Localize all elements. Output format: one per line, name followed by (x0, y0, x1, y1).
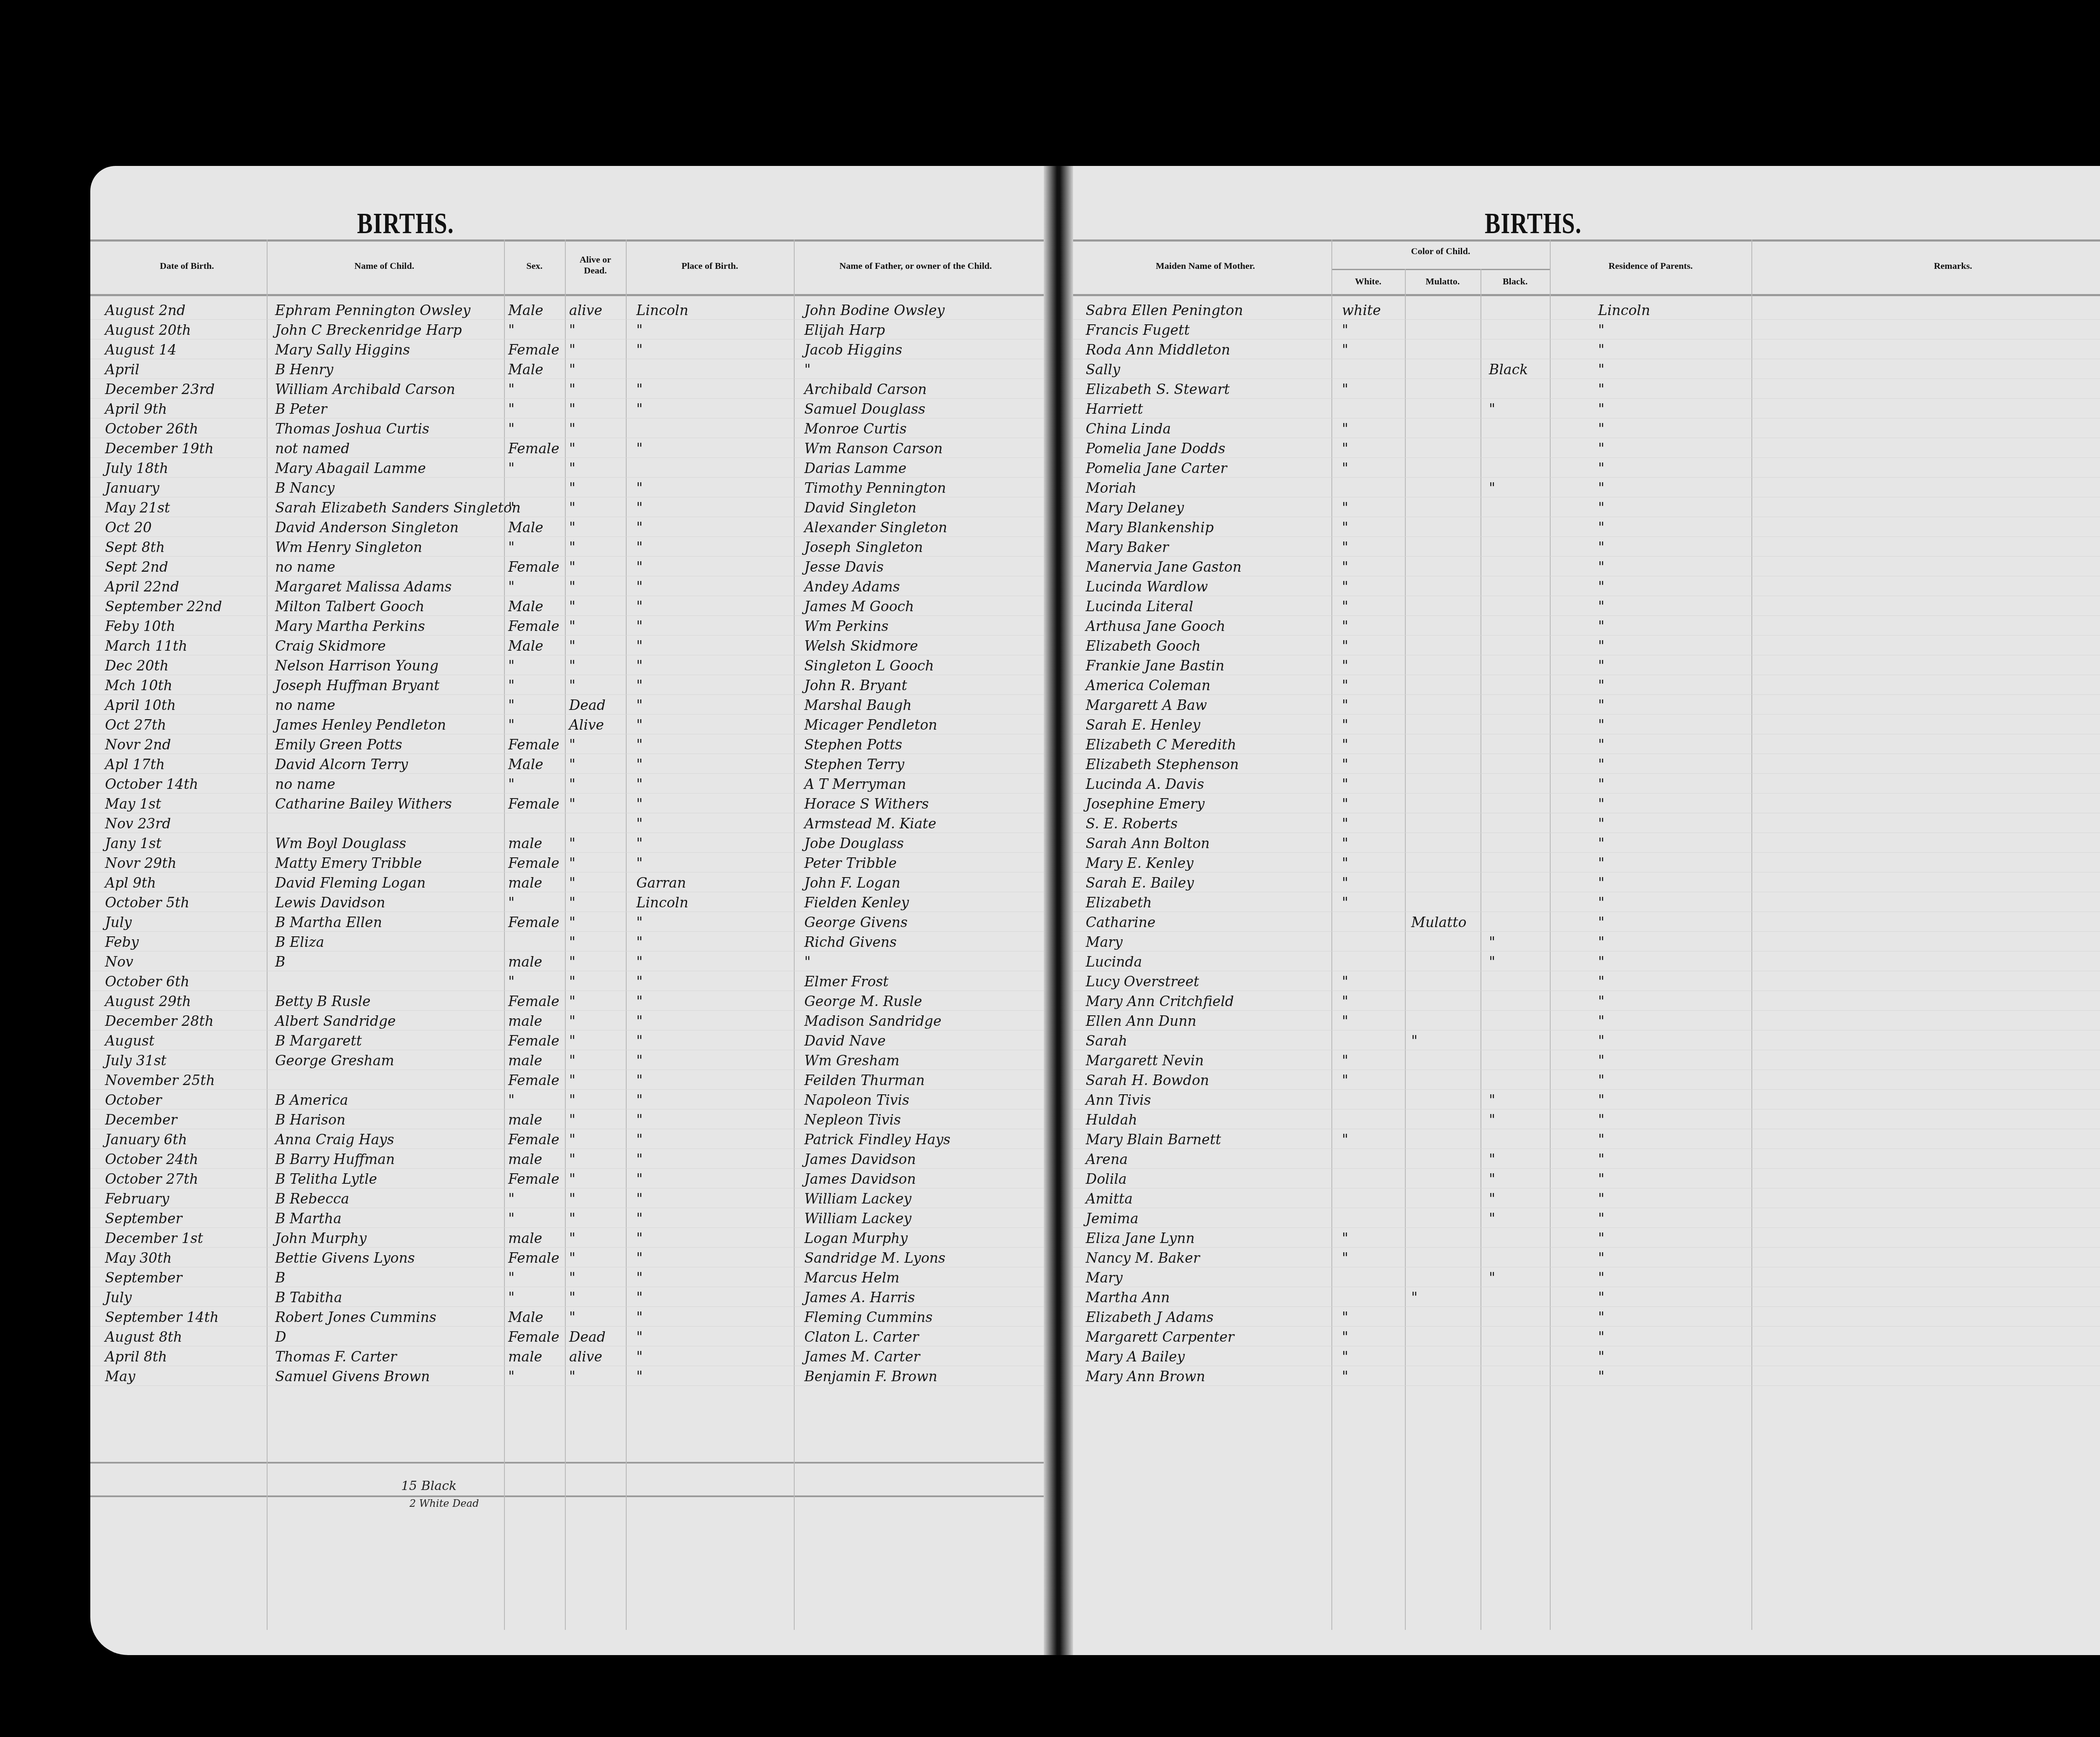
date-cell: Feby 10th (105, 616, 175, 636)
table-row: October 26thThomas Joshua Curtis""Monroe… (90, 419, 1044, 439)
place-of-birth-cell: " (636, 518, 643, 537)
child-name-cell: William Archibald Carson (275, 379, 455, 399)
child-name-cell: Margaret Malissa Adams (275, 577, 452, 597)
black-cell: " (1489, 1169, 1495, 1189)
father-name-cell: Andey Adams (804, 577, 900, 597)
residence-cell: " (1598, 537, 1604, 557)
date-cell: December 1st (105, 1228, 203, 1248)
residence-cell: " (1598, 774, 1604, 794)
sex-cell: " (508, 419, 514, 439)
mother-name-cell: Harriett (1086, 399, 1143, 419)
date-cell: July 31st (105, 1051, 166, 1070)
table-row: Elizabeth Gooch"" (1073, 636, 2100, 656)
table-row: FebruaryB Rebecca"""William Lackey (90, 1189, 1044, 1209)
place-of-birth-cell: " (636, 616, 643, 636)
child-name-cell: B (275, 952, 285, 972)
child-name-cell: no name (275, 557, 335, 577)
child-name-cell: Lewis Davidson (275, 893, 385, 912)
child-name-cell: Mary Martha Perkins (275, 616, 425, 636)
table-row: Jany 1stWm Boyl Douglassmale""Jobe Dougl… (90, 833, 1044, 853)
child-name-cell: Samuel Givens Brown (275, 1366, 430, 1386)
alive-dead-cell: " (569, 675, 575, 695)
sex-cell: " (508, 972, 514, 991)
child-name-cell: no name (275, 774, 335, 794)
place-of-birth-cell: " (636, 715, 643, 735)
table-row: OctoberB America"""Napoleon Tivis (90, 1090, 1044, 1110)
father-name-cell: Samuel Douglass (804, 399, 925, 419)
table-row: August 29thBetty B RusleFemale""George M… (90, 991, 1044, 1011)
place-of-birth-cell: " (636, 340, 643, 360)
white-cell: " (1342, 597, 1348, 616)
white-cell: " (1342, 1307, 1348, 1327)
father-name-cell: Jobe Douglass (804, 833, 904, 853)
date-cell: October 6th (105, 972, 189, 991)
date-cell: January 6th (105, 1130, 187, 1149)
father-name-cell: Horace S Withers (804, 794, 929, 814)
white-cell: " (1342, 754, 1348, 774)
white-cell: " (1342, 636, 1348, 656)
residence-cell: " (1598, 557, 1604, 577)
table-row: Pomelia Jane Carter"" (1073, 458, 2100, 478)
table-row: Elizabeth J Adams"" (1073, 1307, 2100, 1327)
white-cell: " (1342, 991, 1348, 1011)
sex-cell: " (508, 675, 514, 695)
sex-cell: " (508, 577, 514, 597)
father-name-cell: Stephen Terry (804, 754, 904, 774)
father-name-cell: Singleton L Gooch (804, 656, 934, 675)
father-name-cell: Joseph Singleton (804, 537, 923, 557)
place-of-birth-cell: " (636, 972, 643, 991)
father-name-cell: James Davidson (804, 1169, 916, 1189)
sex-cell: " (508, 1090, 514, 1110)
residence-cell: " (1598, 478, 1604, 498)
place-of-birth-cell: " (636, 1327, 643, 1347)
row-rule (1073, 1267, 2100, 1267)
row-rule (1073, 457, 2100, 458)
mother-name-cell: Mary Delaney (1086, 498, 1184, 518)
white-cell: white (1342, 300, 1381, 320)
white-cell: " (1342, 814, 1348, 833)
table-row: Elizabeth C Meredith"" (1073, 735, 2100, 754)
sex-cell: Female (508, 794, 559, 814)
date-cell: February (105, 1189, 169, 1209)
table-row: December 23rdWilliam Archibald Carson"""… (90, 379, 1044, 399)
white-cell: " (1342, 1130, 1348, 1149)
sex-cell: Female (508, 1130, 559, 1149)
sex-cell: Female (508, 735, 559, 754)
place-of-birth-cell: " (636, 695, 643, 715)
child-name-cell: Nelson Harrison Young (275, 656, 438, 675)
residence-cell: " (1598, 833, 1604, 853)
white-cell: " (1342, 833, 1348, 853)
place-of-birth-cell: " (636, 656, 643, 675)
alive-dead-cell: " (569, 636, 575, 656)
residence-cell: " (1598, 1149, 1604, 1169)
table-row: Margarett A Baw"" (1073, 695, 2100, 715)
table-row: Lucinda Literal"" (1073, 597, 2100, 616)
residence-cell: " (1598, 1248, 1604, 1268)
child-name-cell: Bettie Givens Lyons (275, 1248, 415, 1268)
alive-dead-cell: " (569, 873, 575, 893)
father-name-cell: Richd Givens (804, 932, 897, 952)
sex-cell: Female (508, 557, 559, 577)
sex-cell: " (508, 498, 514, 518)
place-of-birth-cell: " (636, 379, 643, 399)
white-cell: " (1342, 1327, 1348, 1347)
row-rule (1073, 438, 2100, 438)
date-cell: December (105, 1110, 177, 1130)
white-cell: " (1342, 1347, 1348, 1366)
child-name-cell: Sarah Elizabeth Sanders Singleton (275, 498, 521, 518)
date-cell: December 19th (105, 439, 214, 458)
row-rule (1073, 615, 2100, 616)
sex-cell: Female (508, 1169, 559, 1189)
white-cell: " (1342, 735, 1348, 754)
mother-name-cell: Margarett Carpenter (1086, 1327, 1234, 1347)
place-of-birth-cell: " (636, 833, 643, 853)
child-name-cell: James Henley Pendleton (275, 715, 446, 735)
child-name-cell: John C Breckenridge Harp (275, 320, 462, 340)
child-name-cell: Betty B Rusle (275, 991, 370, 1011)
place-of-birth-cell: " (636, 537, 643, 557)
table-row: CatharineMulatto" (1073, 912, 2100, 932)
table-row: Mary Blankenship"" (1073, 518, 2100, 537)
white-cell: " (1342, 853, 1348, 873)
row-rule (1073, 694, 2100, 695)
father-name-cell: Feilden Thurman (804, 1070, 925, 1090)
date-cell: October 27th (105, 1169, 198, 1189)
mother-name-cell: Mary E. Kenley (1086, 853, 1194, 873)
table-row: Huldah"" (1073, 1110, 2100, 1130)
row-rule (1073, 1070, 2100, 1070)
white-cell: " (1342, 972, 1348, 991)
date-cell: August 2nd (105, 300, 186, 320)
father-name-cell: Armstead M. Kiate (804, 814, 936, 833)
child-name-cell: David Anderson Singleton (275, 518, 459, 537)
black-cell: " (1489, 478, 1495, 498)
alive-dead-cell: " (569, 577, 575, 597)
alive-dead-cell: " (569, 1307, 575, 1327)
place-of-birth-cell: " (636, 1011, 643, 1031)
black-cell: " (1489, 952, 1495, 972)
white-cell: " (1342, 537, 1348, 557)
residence-cell: " (1598, 656, 1604, 675)
alive-dead-cell: " (569, 1110, 575, 1130)
alive-dead-cell: " (569, 320, 575, 340)
sex-cell: Female (508, 439, 559, 458)
left-page: BIRTHS. Date of Birth. Name of Child. Se… (90, 166, 1044, 1655)
mother-name-cell: Frankie Jane Bastin (1086, 656, 1224, 675)
alive-dead-cell: " (569, 518, 575, 537)
father-name-cell: Wm Gresham (804, 1051, 900, 1070)
table-row: Mary Ann Critchfield"" (1073, 991, 2100, 1011)
date-cell: July (105, 912, 132, 932)
row-rule (1073, 1287, 2100, 1287)
row-rule (1073, 1188, 2100, 1188)
alive-dead-cell: " (569, 1268, 575, 1288)
row-rule (1073, 1168, 2100, 1169)
residence-cell: " (1598, 419, 1604, 439)
residence-cell: " (1598, 1268, 1604, 1288)
child-name-cell: B Harison (275, 1110, 346, 1130)
date-cell: October (105, 1090, 162, 1110)
father-name-cell: Monroe Curtis (804, 419, 907, 439)
mulatto-cell: " (1411, 1031, 1417, 1051)
table-row: August 14Mary Sally HigginsFemale""Jacob… (90, 340, 1044, 360)
mother-name-cell: Ann Tivis (1086, 1090, 1151, 1110)
father-name-cell: Logan Murphy (804, 1228, 908, 1248)
father-name-cell: James M. Carter (804, 1347, 920, 1366)
mother-name-cell: Mary Blain Barnett (1086, 1130, 1221, 1149)
table-row: NovBmale""" (90, 952, 1044, 972)
residence-cell: " (1598, 695, 1604, 715)
alive-dead-cell: " (569, 498, 575, 518)
sex-cell: " (508, 695, 514, 715)
child-name-cell: George Gresham (275, 1051, 394, 1070)
table-row: Mary A Bailey"" (1073, 1347, 2100, 1366)
date-cell: Oct 20 (105, 518, 152, 537)
place-of-birth-cell: " (636, 1110, 643, 1130)
place-of-birth-cell: " (636, 636, 643, 656)
child-name-cell: not named (275, 439, 350, 458)
alive-dead-cell: " (569, 952, 575, 972)
table-row: Novr 29thMatty Emery TribbleFemale""Pete… (90, 853, 1044, 873)
residence-cell: " (1598, 1327, 1604, 1347)
child-name-cell: no name (275, 695, 335, 715)
alive-dead-cell: Dead (569, 1327, 606, 1347)
father-name-cell: Madison Sandridge (804, 1011, 941, 1031)
black-cell: " (1489, 1268, 1495, 1288)
row-rule (1073, 339, 2100, 339)
mother-name-cell: Lucinda Wardlow (1086, 577, 1208, 597)
table-row: April 10thno name"Dead"Marshal Baugh (90, 695, 1044, 715)
alive-dead-cell: " (569, 754, 575, 774)
father-name-cell: Stephen Potts (804, 735, 902, 754)
sex-cell: male (508, 1110, 542, 1130)
table-row: Nov 23rd"Armstead M. Kiate (90, 814, 1044, 833)
alive-dead-cell: " (569, 340, 575, 360)
row-rule (90, 1287, 1044, 1287)
header-white: White. (1333, 276, 1403, 287)
row-rule (1073, 912, 2100, 912)
table-row: December 1stJohn Murphymale""Logan Murph… (90, 1228, 1044, 1248)
residence-cell: " (1598, 873, 1604, 893)
black-cell: " (1489, 932, 1495, 952)
father-name-cell: Archibald Carson (804, 379, 927, 399)
table-row: Oct 20David Anderson SingletonMale""Alex… (90, 518, 1044, 537)
mother-name-cell: Martha Ann (1086, 1288, 1170, 1307)
alive-dead-cell: " (569, 1169, 575, 1189)
left-page-title: BIRTHS. (357, 207, 454, 240)
row-rule (1073, 892, 2100, 892)
residence-cell: " (1598, 715, 1604, 735)
header-rule (90, 239, 1044, 242)
father-name-cell: David Nave (804, 1031, 886, 1051)
child-name-cell: Catharine Bailey Withers (275, 794, 452, 814)
table-row: October 24thB Barry Huffmanmale""James D… (90, 1149, 1044, 1169)
header-remarks: Remarks. (1753, 260, 2100, 271)
white-cell: " (1342, 1366, 1348, 1386)
table-row: Sabra Ellen PeningtonwhiteLincoln (1073, 300, 2100, 320)
alive-dead-cell: " (569, 537, 575, 557)
father-name-cell: David Singleton (804, 498, 916, 518)
table-row: Margarett Carpenter"" (1073, 1327, 2100, 1347)
mother-name-cell: Catharine (1086, 912, 1155, 932)
mother-name-cell: Francis Fugett (1086, 320, 1189, 340)
row-rule (1073, 497, 2100, 497)
table-row: JanuaryB Nancy""Timothy Pennington (90, 478, 1044, 498)
father-name-cell: A T Merryman (804, 774, 906, 794)
date-cell: May 30th (105, 1248, 172, 1268)
date-cell: Novr 2nd (105, 735, 171, 754)
table-row: May 21stSarah Elizabeth Sanders Singleto… (90, 498, 1044, 518)
mother-name-cell: Arena (1086, 1149, 1128, 1169)
father-name-cell: Micager Pendleton (804, 715, 937, 735)
row-rule (90, 1050, 1044, 1050)
father-name-cell: Marshal Baugh (804, 695, 912, 715)
father-name-cell: " (804, 952, 811, 972)
mother-name-cell: Jemima (1086, 1209, 1139, 1228)
mother-name-cell: Dolila (1086, 1169, 1127, 1189)
father-name-cell: John R. Bryant (804, 675, 907, 695)
row-rule (90, 378, 1044, 379)
residence-cell: " (1598, 577, 1604, 597)
row-rule (1073, 793, 2100, 794)
father-name-cell: Welsh Skidmore (804, 636, 918, 656)
black-cell: Black (1489, 360, 1528, 379)
row-rule (1073, 596, 2100, 596)
date-cell: August 20th (105, 320, 191, 340)
residence-cell: " (1598, 814, 1604, 833)
table-row: Eliza Jane Lynn"" (1073, 1228, 2100, 1248)
white-cell: " (1342, 893, 1348, 912)
ledger-book: BIRTHS. Date of Birth. Name of Child. Se… (90, 166, 2100, 1655)
residence-cell: " (1598, 1189, 1604, 1209)
sex-cell: Male (508, 636, 543, 656)
residence-cell: " (1598, 1307, 1604, 1327)
right-page-title: BIRTHS. (1485, 207, 1582, 240)
mother-name-cell: Josephine Emery (1086, 794, 1205, 814)
mother-name-cell: China Linda (1086, 419, 1171, 439)
table-row: September 14thRobert Jones CumminsMale""… (90, 1307, 1044, 1327)
place-of-birth-cell: " (636, 1307, 643, 1327)
white-cell: " (1342, 873, 1348, 893)
row-rule (1073, 852, 2100, 853)
place-of-birth-cell: " (636, 1031, 643, 1051)
table-row: Manervia Jane Gaston"" (1073, 557, 2100, 577)
sex-cell: " (508, 715, 514, 735)
residence-cell: " (1598, 735, 1604, 754)
date-cell: December 28th (105, 1011, 214, 1031)
table-row: December 28thAlbert Sandridgemale""Madis… (90, 1011, 1044, 1031)
row-rule (1073, 971, 2100, 971)
table-row: Novr 2ndEmily Green PottsFemale""Stephen… (90, 735, 1044, 754)
table-row: Sarah Ann Bolton"" (1073, 833, 2100, 853)
place-of-birth-cell: " (636, 774, 643, 794)
mother-name-cell: Nancy M. Baker (1086, 1248, 1200, 1268)
alive-dead-cell: " (569, 419, 575, 439)
child-name-cell: B Telitha Lytle (275, 1169, 377, 1189)
mother-name-cell: Sarah E. Henley (1086, 715, 1200, 735)
white-cell: " (1342, 794, 1348, 814)
table-row: Lucinda Wardlow"" (1073, 577, 2100, 597)
table-row: Elizabeth"" (1073, 893, 2100, 912)
residence-cell: " (1598, 616, 1604, 636)
table-row: Arthusa Jane Gooch"" (1073, 616, 2100, 636)
father-name-cell: Sandridge M. Lyons (804, 1248, 945, 1268)
residence-cell: " (1598, 1011, 1604, 1031)
black-cell: " (1489, 1110, 1495, 1130)
table-row: Amitta"" (1073, 1189, 2100, 1209)
mother-name-cell: Eliza Jane Lynn (1086, 1228, 1194, 1248)
table-row: Ann Tivis"" (1073, 1090, 2100, 1110)
father-name-cell: William Lackey (804, 1209, 911, 1228)
table-row: Mary Blain Barnett"" (1073, 1130, 2100, 1149)
mother-name-cell: Margarett A Baw (1086, 695, 1207, 715)
mother-name-cell: Mary Ann Critchfield (1086, 991, 1234, 1011)
header-name-of-child: Name of Child. (271, 260, 498, 271)
header-color-of-child: Color of Child. (1333, 246, 1548, 257)
row-rule (1073, 378, 2100, 379)
residence-cell: " (1598, 932, 1604, 952)
date-cell: August (105, 1031, 155, 1051)
header-rule (1073, 239, 2100, 242)
father-name-cell: George M. Rusle (804, 991, 922, 1011)
table-row: SeptemberB"""Marcus Helm (90, 1268, 1044, 1288)
mother-name-cell: Moriah (1086, 478, 1137, 498)
sex-cell: Male (508, 360, 543, 379)
table-row: May 30thBettie Givens LyonsFemale""Sandr… (90, 1248, 1044, 1268)
row-rule (1073, 1385, 2100, 1386)
row-rule (90, 991, 1044, 991)
table-row: Sarah"" (1073, 1031, 2100, 1051)
mother-name-cell: Lucinda Literal (1086, 597, 1193, 616)
father-name-cell: " (804, 360, 811, 379)
row-rule (1073, 477, 2100, 478)
row-rule (90, 892, 1044, 892)
black-cell: " (1489, 399, 1495, 419)
child-name-cell: Thomas Joshua Curtis (275, 419, 429, 439)
date-cell: April 8th (105, 1347, 167, 1366)
sex-cell: male (508, 1011, 542, 1031)
date-cell: March 11th (105, 636, 187, 656)
residence-cell: " (1598, 1209, 1604, 1228)
date-cell: April 10th (105, 695, 176, 715)
residence-cell: " (1598, 379, 1604, 399)
row-rule (1073, 1247, 2100, 1248)
table-row: China Linda"" (1073, 419, 2100, 439)
table-row: Harriett"" (1073, 399, 2100, 419)
place-of-birth-cell: " (636, 1366, 643, 1386)
sex-cell: male (508, 873, 542, 893)
header-mulatto: Mulatto. (1407, 276, 1478, 287)
date-cell: September (105, 1268, 182, 1288)
father-name-cell: Timothy Pennington (804, 478, 946, 498)
place-of-birth-cell: " (636, 1268, 643, 1288)
place-of-birth-cell: " (636, 675, 643, 695)
mother-name-cell: Sally (1086, 360, 1120, 379)
residence-cell: " (1598, 360, 1604, 379)
residence-cell: " (1598, 675, 1604, 695)
sex-cell: " (508, 537, 514, 557)
alive-dead-cell: " (569, 774, 575, 794)
father-name-cell: Fielden Kenley (804, 893, 909, 912)
date-cell: Mch 10th (105, 675, 173, 695)
table-row: December 19thnot namedFemale""Wm Ranson … (90, 439, 1044, 458)
residence-cell: " (1598, 1051, 1604, 1070)
mother-name-cell: Arthusa Jane Gooch (1086, 616, 1225, 636)
residence-cell: " (1598, 498, 1604, 518)
